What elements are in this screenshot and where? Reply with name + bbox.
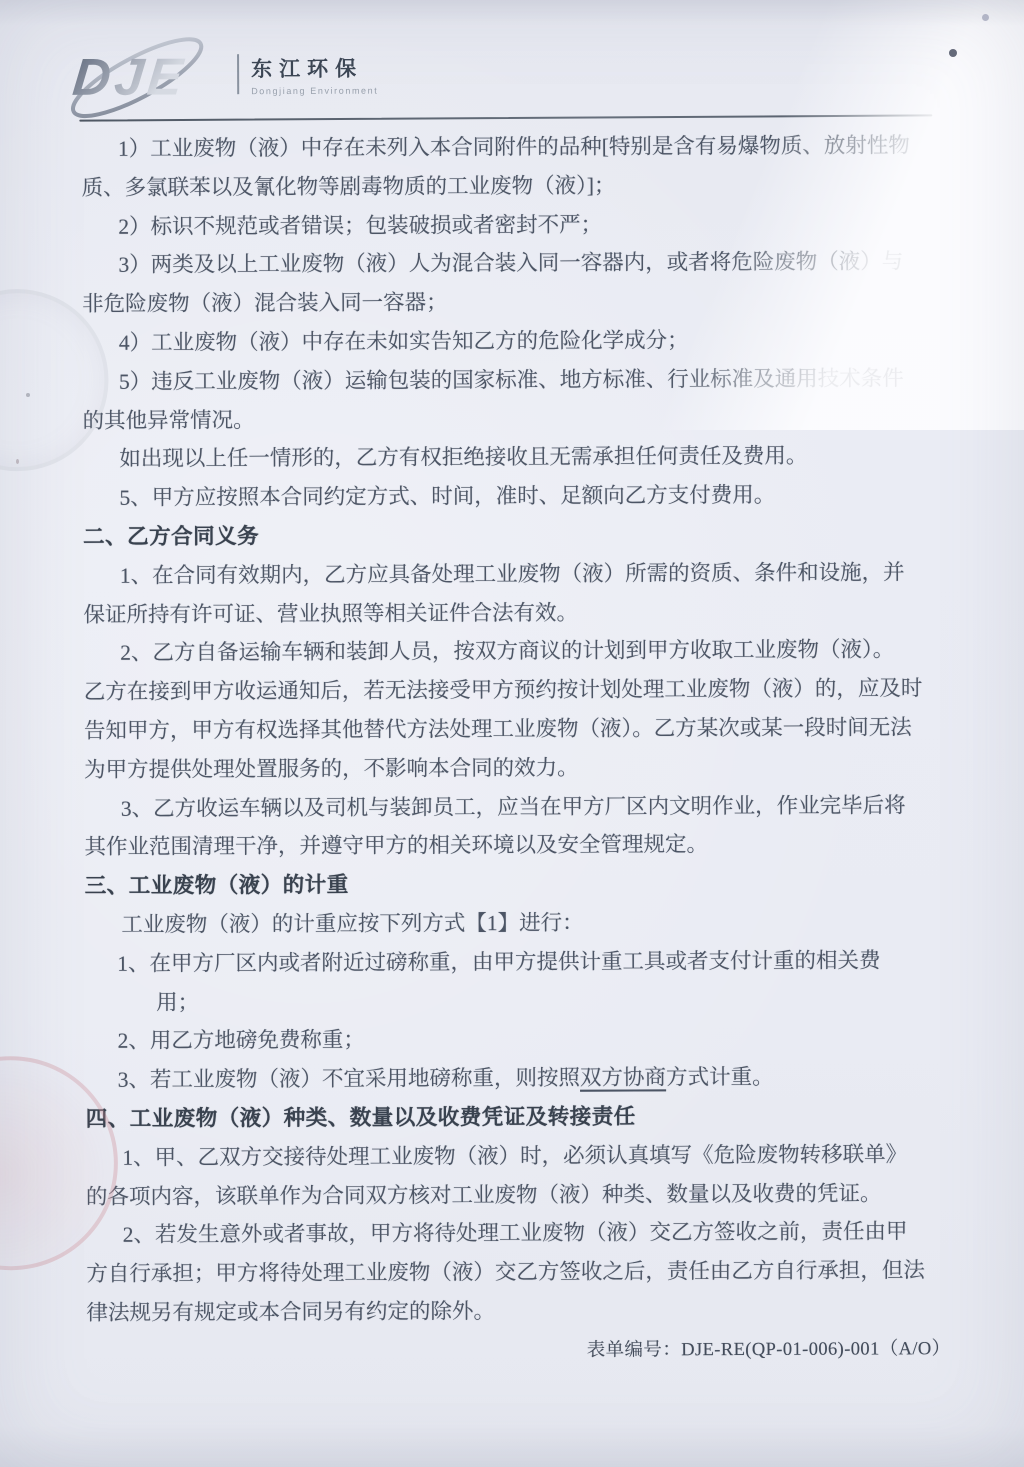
scanned-contract-page: DJE 东江环保 Dongjiang Environment 1）工业废物（液）… [0,0,1024,1467]
company-name-en: Dongjiang Environment [251,85,378,96]
text-line: 的其他异常情况。 [83,398,955,441]
text-line: 1、甲、乙双方交接待处理工业废物（液）时，必须认真填写《危险废物转移联单》 [86,1135,958,1178]
contract-body-text: 1）工业废物（液）中存在未列入本合同附件的品种[特别是含有易爆物质、放射性物质、… [81,126,958,1332]
dje-logo-mark: DJE [65,41,233,108]
scan-edge-shadow-top [0,0,1024,26]
scan-edge-shadow-bottom [0,1425,1024,1467]
underlined-text: 双方协商 [580,1065,666,1089]
text-line: 工业废物（液）的计重应按下列方式【1】进行： [85,902,957,945]
text-line: 5）违反工业废物（液）运输包装的国家标准、地方标准、行业标准及通用技术条件 [82,359,954,402]
text-line: 乙方在接到甲方收运通知后，若无法接受甲方预约按计划处理工业废物（液）的，应及时 [84,669,956,712]
text-line: 1、在合同有效期内，乙方应具备处理工业废物（液）所需的资质、条件和设施，并 [83,553,955,596]
logo-letters: DJE [70,47,189,108]
text-line: 2、乙方自备运输车辆和装卸人员，按双方商议的计划到甲方收取工业废物（液）。 [84,630,956,673]
text-line: 为甲方提供处理处置服务的，不影响本合同的效力。 [84,747,956,790]
text-line: 3、乙方收运车辆以及司机与装卸员工，应当在甲方厂区内文明作业，作业完毕后将 [84,786,956,829]
section-heading: 二、乙方合同义务 [83,514,955,557]
text-line: 1、在甲方厂区内或者附近过磅称重，由甲方提供计重工具或者支付计重的相关费 [85,941,957,984]
section-heading: 三、工业废物（液）的计重 [85,863,957,906]
text-line: 方自行承担；甲方将待处理工业废物（液）交乙方签收之后，责任由乙方自行承担，但法 [86,1251,958,1294]
text-line: 2）标识不规范或者错误；包装破损或者密封不严； [82,204,954,247]
text-line: 4）工业废物（液）中存在未如实告知乙方的危险化学成分； [82,320,954,363]
text-line: 2、若发生意外或者事故，甲方将待处理工业废物（液）交乙方签收之前，责任由甲 [86,1212,958,1255]
text-line: 3）两类及以上工业废物（液）人为混合装入同一容器内，或者将危险废物（液）与 [82,242,954,285]
text-line: 律法规另有规定或本合同另有约定的除外。 [86,1290,958,1333]
text-line: 非危险废物（液）混合装入同一容器； [82,281,954,324]
logo-names: 东江环保 Dongjiang Environment [251,52,378,96]
form-number: 表单编号：DJE-RE(QP-01-006)-001（A/O） [587,1334,951,1362]
text-line: 其作业范围清理干净，并遵守甲方的相关环境以及安全管理规定。 [84,824,956,867]
text-line: 如出现以上任一情形的，乙方有权拒绝接收且无需承担任何责任及费用。 [83,436,955,479]
dje-logo: DJE 东江环保 Dongjiang Environment [65,41,378,108]
text-line: 3、若工业废物（液）不宜采用地磅称重，则按照双方协商方式计重。 [85,1057,957,1100]
text-line: 的各项内容，该联单作为合同双方核对工业废物（液）种类、数量以及收费的凭证。 [86,1174,958,1217]
company-name-cn: 东江环保 [251,52,378,83]
text-line: 保证所持有许可证、营业执照等相关证件合法有效。 [83,592,955,635]
text-line: 2、用乙方地磅免费称重； [85,1018,957,1061]
text-line: 1）工业废物（液）中存在未列入本合同附件的品种[特别是含有易爆物质、放射性物 [81,126,953,169]
text-line: 质、多氯联苯以及氰化物等剧毒物质的工业废物（液）]； [82,165,954,208]
text-line: 用； [85,980,957,1023]
paper-sheet: DJE 东江环保 Dongjiang Environment 1）工业废物（液）… [0,0,1024,1467]
text-line: 告知甲方，甲方有权选择其他替代方法处理工业废物（液）。乙方某次或某一段时间无法 [84,708,956,751]
section-heading: 四、工业废物（液）种类、数量以及收费凭证及转接责任 [86,1096,958,1139]
text-line: 5、甲方应按照本合同约定方式、时间，准时、足额向乙方支付费用。 [83,475,955,518]
